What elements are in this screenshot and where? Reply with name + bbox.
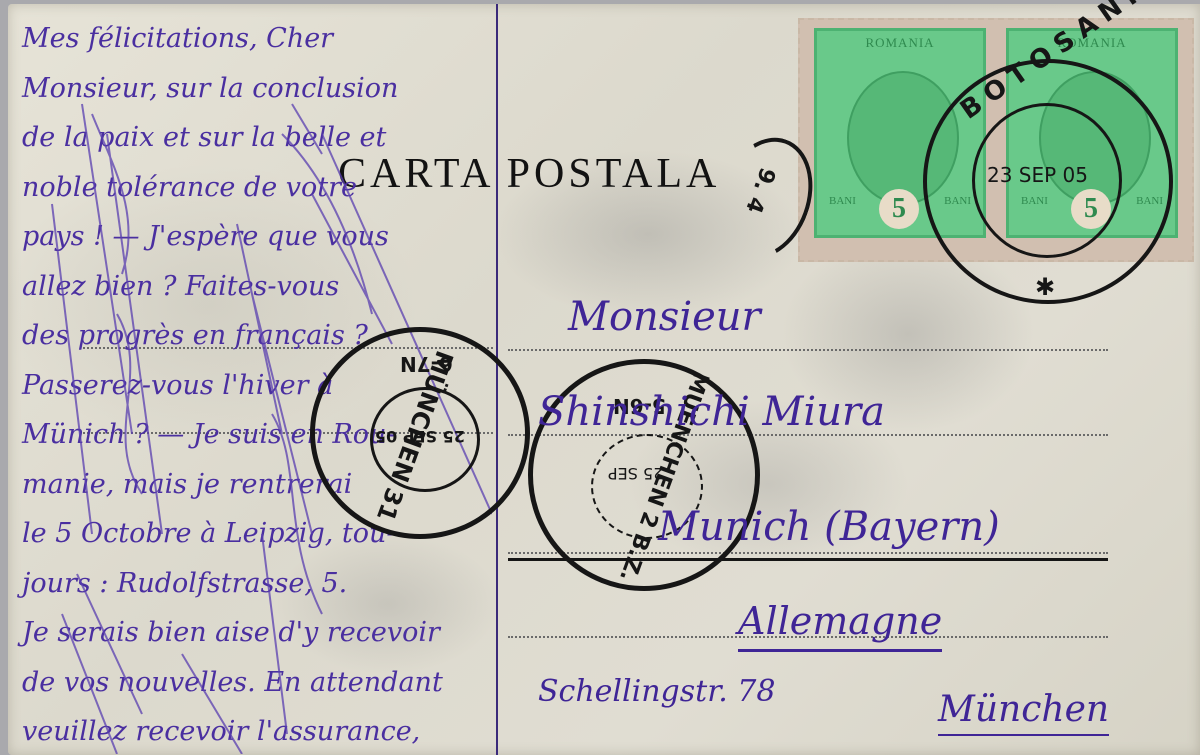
- postmark-muenchen-31: MÜNCHEN 31 25 SEP 05 6-7N: [310, 327, 530, 539]
- address-city: München: [938, 689, 1109, 736]
- address-city-line: Munich (Bayern): [658, 504, 1000, 550]
- address-name: Shinshichi Miura: [538, 389, 885, 435]
- postmark-date: 25 SEP 05: [375, 427, 465, 446]
- postmark-partial-text: 9. 4: [740, 164, 779, 216]
- address-street: Schellingstr. 78: [538, 674, 775, 709]
- address-salutation: Monsieur: [568, 294, 761, 340]
- message-line: de la paix et sur la belle et: [22, 113, 492, 163]
- message-line: Monsieur, sur la conclusion: [22, 64, 492, 114]
- postmark-botosani: BOTOSANI 23 SEP 05 ✱: [923, 59, 1173, 304]
- message-line: pays ! — J'espère que vous: [22, 212, 492, 262]
- postmark-time: 6-7N: [400, 352, 453, 376]
- message-line: Mes félicitations, Cher: [22, 14, 492, 64]
- stamp-unit: BANI: [829, 195, 856, 207]
- postcard: CARTA POSTALA Mes félicitations, Cher Mo…: [8, 4, 1200, 755]
- address-country: Allemagne: [738, 599, 942, 652]
- message-line: allez bien ? Faites-vous: [22, 262, 492, 312]
- stamp-value: 5: [879, 189, 919, 229]
- postmark-date: 23 SEP 05: [987, 163, 1088, 187]
- stamp-country: ROMANIA: [817, 35, 983, 51]
- asterisk-icon: ✱: [1035, 273, 1055, 301]
- message-line: Je serais bien aise d'y recevoir: [22, 608, 492, 658]
- address-line-1: [508, 349, 1108, 351]
- message-line: veuillez recevoir l'assurance,: [22, 707, 492, 755]
- message-line: noble tolérance de votre: [22, 163, 492, 213]
- postmark-date: 25 SEP: [608, 464, 663, 483]
- message-line: de vos nouvelles. En attendant: [22, 658, 492, 708]
- message-line: jours : Rudolfstrasse, 5.: [22, 559, 492, 609]
